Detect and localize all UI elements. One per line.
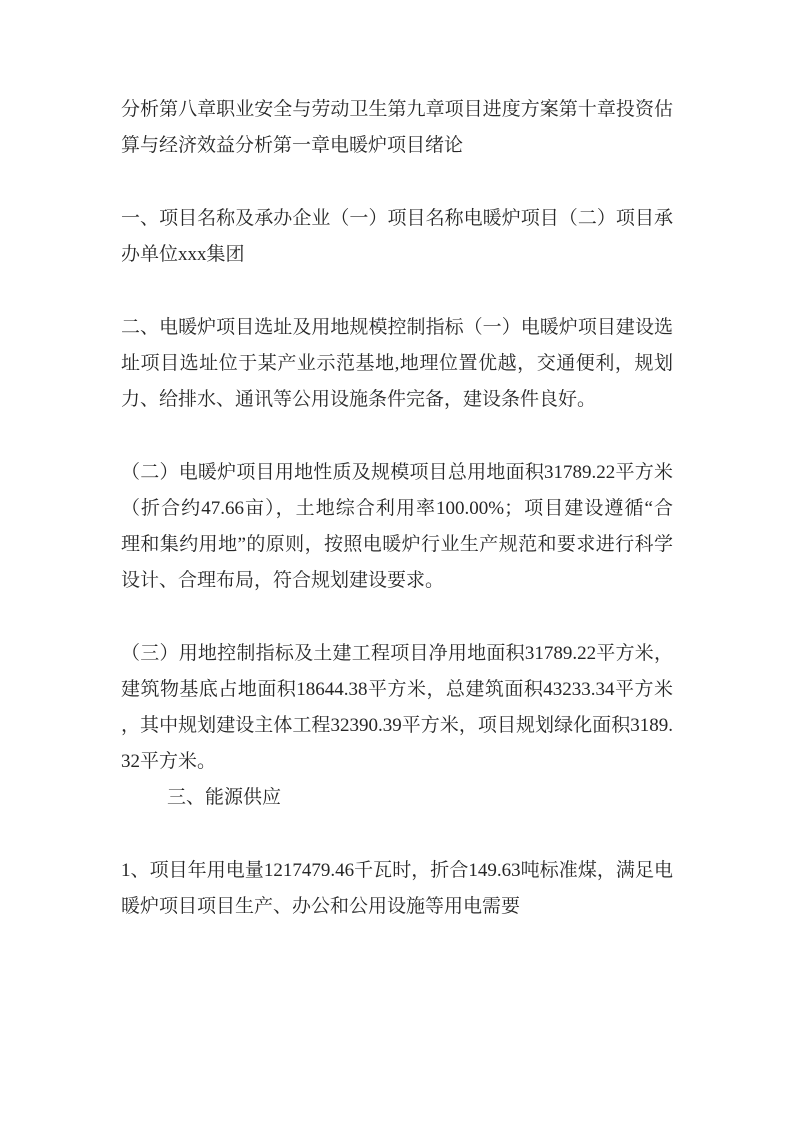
paragraph-toc-continuation: 分析第八章职业安全与劳动卫生第九章项目进度方案第十章投资估算与经济效益分析第一章…: [121, 92, 673, 164]
text-line: （二）电暖炉项目用地性质及规模项目总用地面积31789.22平方米: [121, 455, 673, 491]
document-page: 分析第八章职业安全与劳动卫生第九章项目进度方案第十章投资估算与经济效益分析第一章…: [0, 0, 800, 1132]
text-line: 暖炉项目项目生产、办公和公用设施等用电需要: [121, 889, 673, 925]
paragraph-section-1-name-and-enterprise: 一、项目名称及承办企业（一）项目名称电暖炉项目（二）项目承办单位xxx集团: [121, 201, 673, 273]
paragraph-section-2-3-land-control: （三）用地控制指标及土建工程项目净用地面积31789.22平方米，建筑物基底占地…: [121, 636, 673, 780]
text-line: （三）用地控制指标及土建工程项目净用地面积31789.22平方米，: [121, 636, 673, 672]
paragraph-section-2-site-selection: 二、电暖炉项目选址及用地规模控制指标（一）电暖炉项目建设选址项目选址位于某产业示…: [121, 310, 673, 418]
text-line: 址项目选址位于某产业示范基地,地理位置优越，交通便利，规划电: [121, 346, 673, 382]
text-line: 力、给排水、通讯等公用设施条件完备，建设条件良好。: [121, 382, 673, 418]
paragraph-energy-item-1: 1、项目年用电量1217479.46千瓦时，折合149.63吨标准煤，满足电暖炉…: [121, 853, 673, 925]
text-line: 分析第八章职业安全与劳动卫生第九章项目进度方案第十章投资估: [121, 92, 673, 128]
text-line: 算与经济效益分析第一章电暖炉项目绪论: [121, 128, 673, 164]
paragraph-section-3-energy-supply-heading: 三、能源供应: [121, 780, 673, 816]
text-line: 1、项目年用电量1217479.46千瓦时，折合149.63吨标准煤，满足电: [121, 853, 673, 889]
document-text-body: 分析第八章职业安全与劳动卫生第九章项目进度方案第十章投资估算与经济效益分析第一章…: [121, 92, 673, 962]
text-line: （折合约47.66亩），土地综合利用率100.00%；项目建设遵循“合: [121, 491, 673, 527]
text-line: 建筑物基底占地面积18644.38平方米，总建筑面积43233.34平方米: [121, 672, 673, 708]
text-line: 理和集约用地”的原则，按照电暖炉行业生产规范和要求进行科学: [121, 527, 673, 563]
text-line: 二、电暖炉项目选址及用地规模控制指标（一）电暖炉项目建设选: [121, 310, 673, 346]
text-line: 办单位xxx集团: [121, 237, 673, 273]
text-line: 设计、合理布局，符合规划建设要求。: [121, 563, 673, 599]
text-line: 一、项目名称及承办企业（一）项目名称电暖炉项目（二）项目承: [121, 201, 673, 237]
text-line: 32平方米。: [121, 744, 673, 780]
text-line: 三、能源供应: [121, 780, 673, 816]
paragraph-section-2-2-land-use: （二）电暖炉项目用地性质及规模项目总用地面积31789.22平方米（折合约47.…: [121, 455, 673, 599]
text-line: ，其中规划建设主体工程32390.39平方米，项目规划绿化面积3189.: [121, 708, 673, 744]
